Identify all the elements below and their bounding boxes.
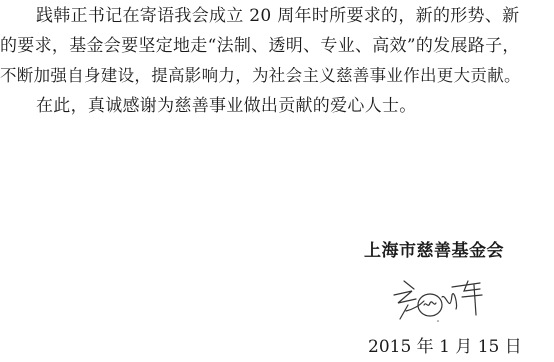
paragraph-1-line-2: 的要求，基金会要坚定地走“法制、透明、专业、高效”的发展路子， bbox=[0, 36, 520, 56]
paragraph-1-line-1: 践韩正书记在寄语我会成立 20 周年时所要求的，新的形势、新 bbox=[36, 6, 519, 26]
signature-icon bbox=[390, 275, 500, 325]
paragraph-2-line-1: 在此，真诚感谢为慈善事业做出贡献的爱心人士。 bbox=[36, 96, 417, 116]
paragraph-1-line-3: 不断加强自身建设，提高影响力，为社会主义慈善事业作出更大贡献。 bbox=[0, 66, 521, 86]
organization-name: 上海市慈善基金会 bbox=[364, 241, 504, 261]
document-date: 2015 年 1 月 15 日 bbox=[368, 337, 522, 357]
